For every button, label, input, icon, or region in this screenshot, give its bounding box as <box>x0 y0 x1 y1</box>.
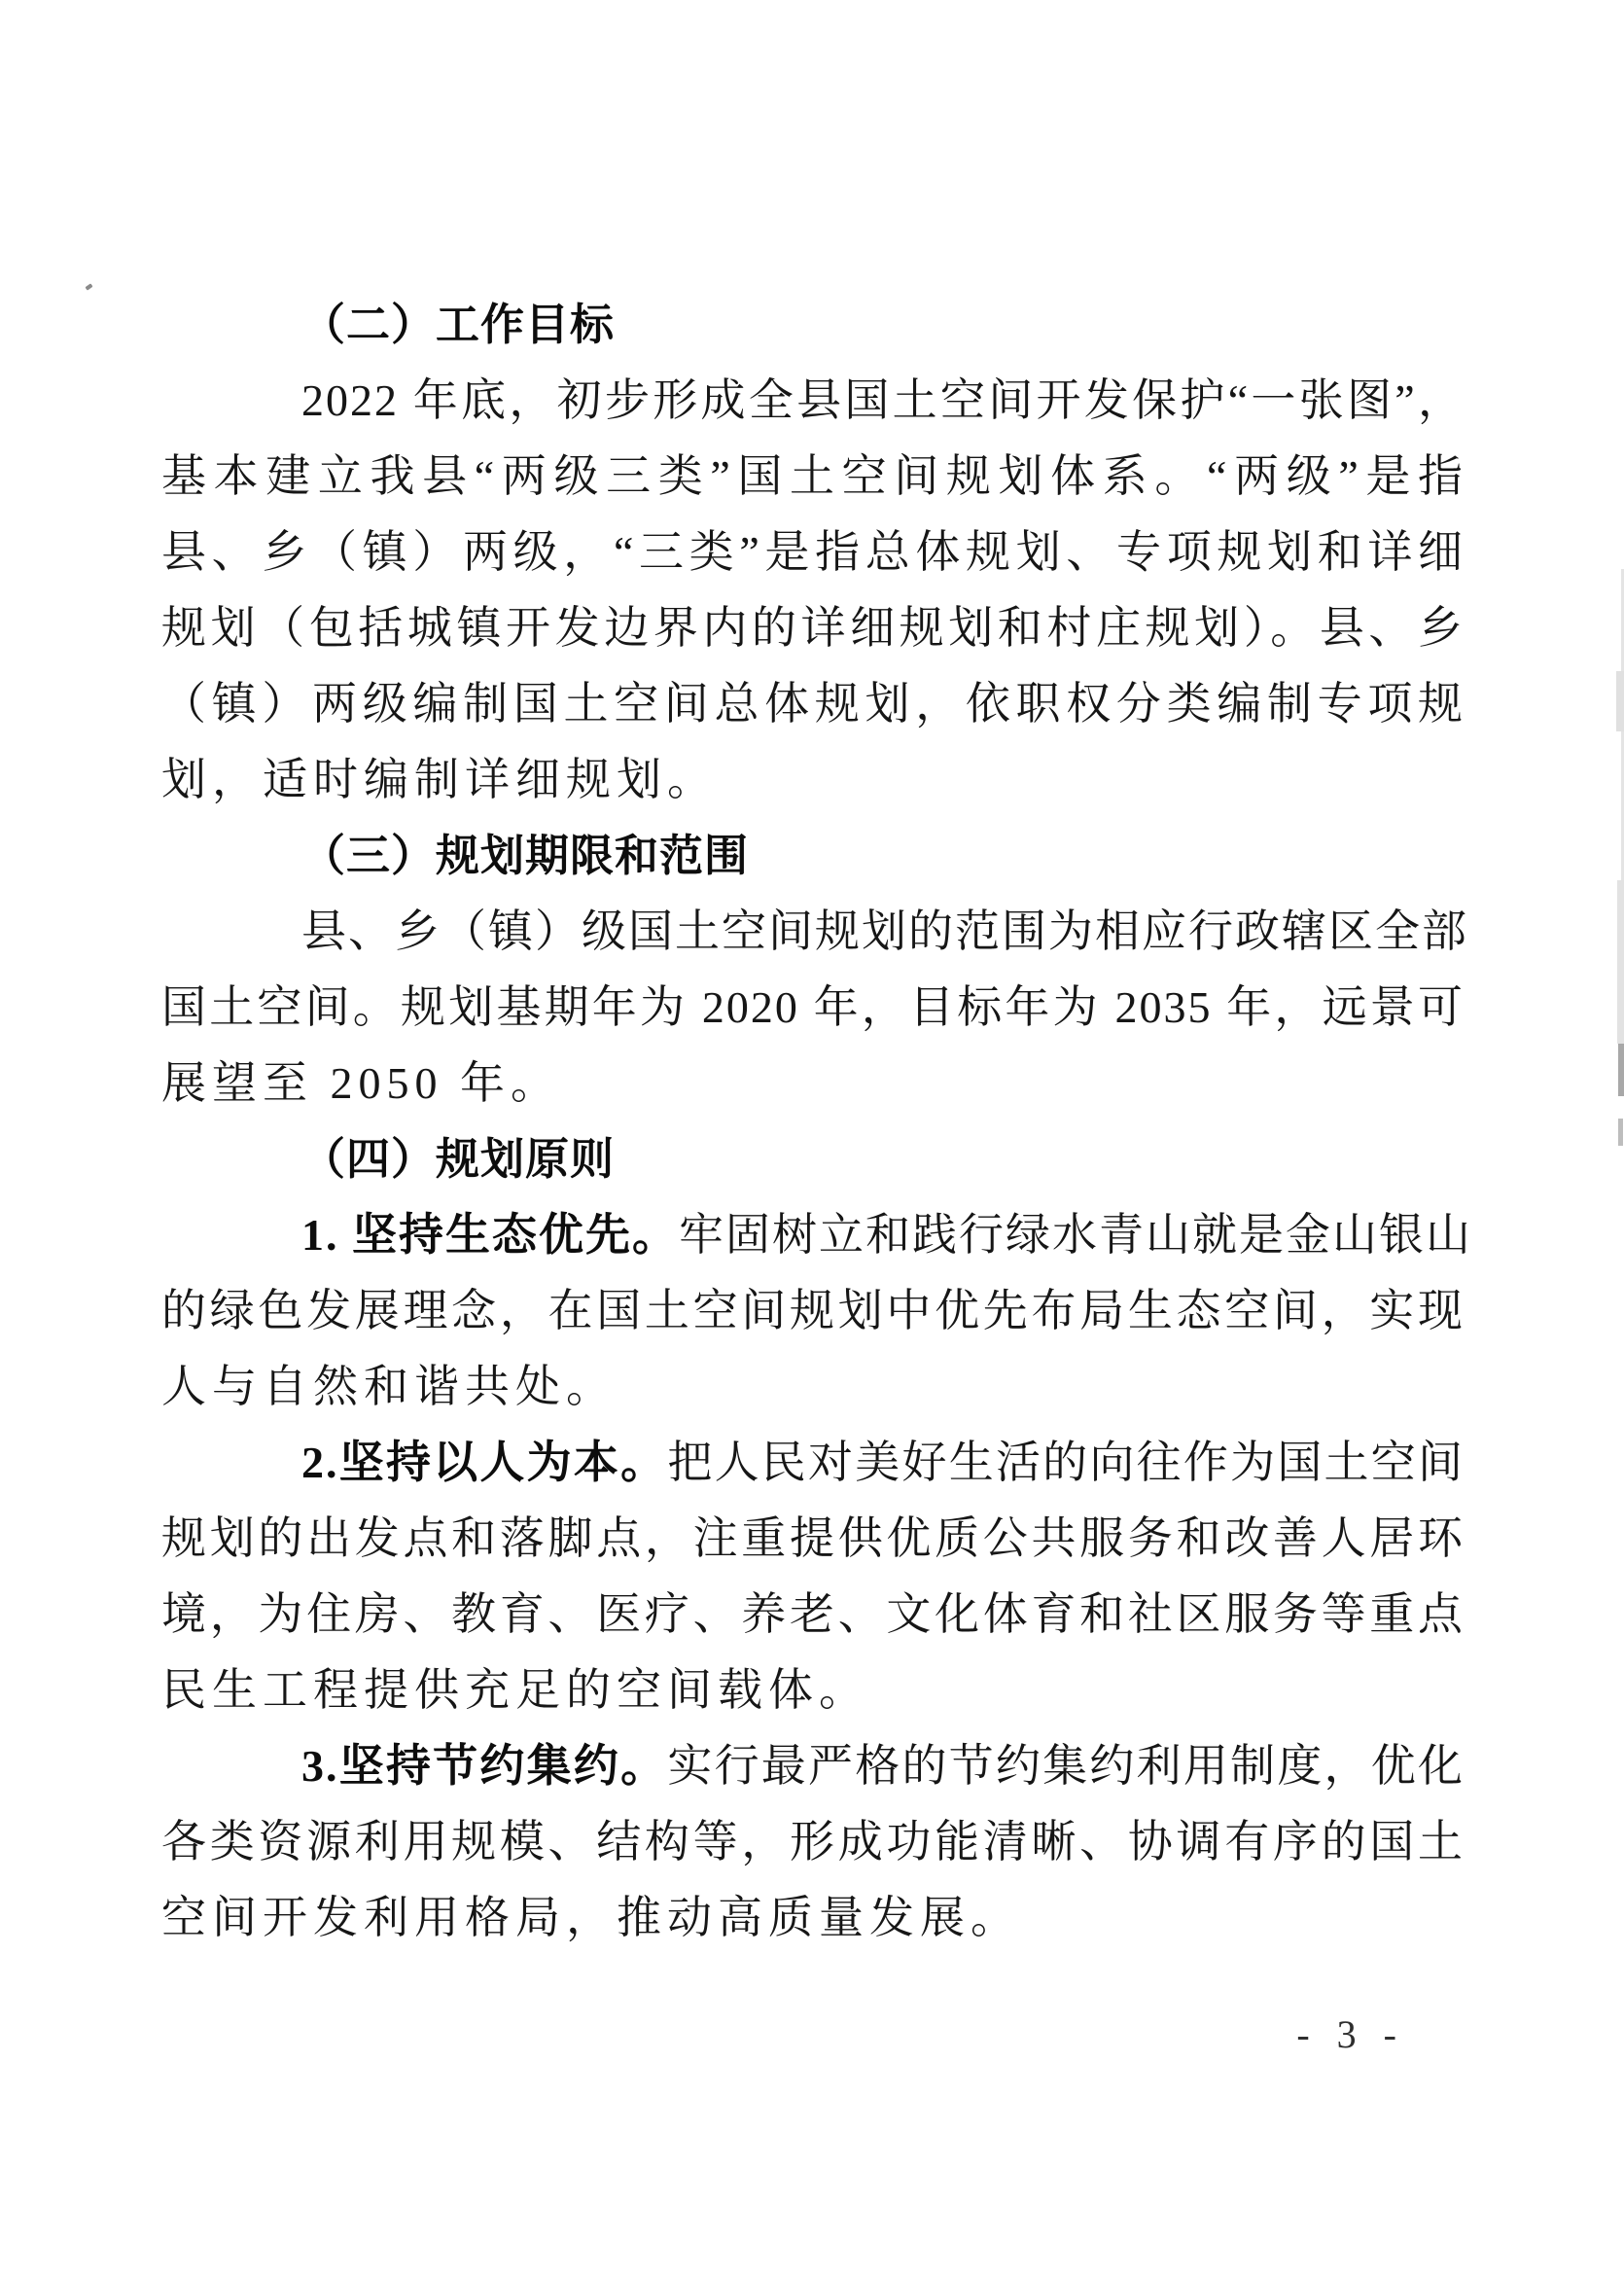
text-line: 国土空间。规划基期年为 2020 年，目标年为 2035 年，远景可 <box>161 970 1465 1046</box>
line-text: 的绿色发展理念，在国土空间规划中优先布局生态空间，实现 <box>161 1286 1465 1335</box>
scan-edge-artifact <box>1616 671 1624 731</box>
line-text: 规划（包括城镇开发边界内的详细规划和村庄规划）。县、乡 <box>161 603 1465 653</box>
text-line: 3.坚持节约集约。实行最严格的节约集约利用制度，优化 <box>161 1728 1465 1804</box>
section-heading: （四）规划原则 <box>161 1121 1465 1197</box>
line-text: 各类资源利用规模、结构等，形成功能清晰、协调有序的国土 <box>161 1817 1465 1866</box>
principle-lead: 2.坚持以人为本。 <box>301 1438 667 1487</box>
line-text: 空间开发利用格局，推动高质量发展。 <box>161 1893 1021 1942</box>
principle-lead: 1. 坚持生态优先。 <box>301 1210 679 1260</box>
text-line: 的绿色发展理念，在国土空间规划中优先布局生态空间，实现 <box>161 1273 1465 1349</box>
line-text: 把人民对美好生活的向往作为国土空间 <box>667 1438 1465 1487</box>
section-heading: （二）工作目标 <box>161 287 1465 363</box>
line-text: 牢固树立和践行绿水青山就是金山银山 <box>679 1210 1472 1260</box>
document-content: （二）工作目标2022 年底，初步形成全县国土空间开发保护“一张图”，基本建立我… <box>161 287 1465 1956</box>
principle-lead: 3.坚持节约集约。 <box>301 1741 667 1791</box>
text-line: 空间开发利用格局，推动高质量发展。 <box>161 1880 1465 1956</box>
line-text: 实行最严格的节约集约利用制度，优化 <box>667 1741 1465 1791</box>
line-text: 境，为住房、教育、医疗、养老、文化体育和社区服务等重点 <box>161 1589 1465 1639</box>
page-number: - 3 - <box>1296 2011 1405 2057</box>
line-text: 基本建立我县“两级三类”国土空间规划体系。“两级”是指 <box>161 451 1465 501</box>
text-line: 人与自然和谐共处。 <box>161 1349 1465 1425</box>
text-line: 2.坚持以人为本。把人民对美好生活的向往作为国土空间 <box>161 1425 1465 1501</box>
text-line: （镇）两级编制国土空间总体规划，依职权分类编制专项规 <box>161 666 1465 742</box>
scanned-document-page: （二）工作目标2022 年底，初步形成全县国土空间开发保护“一张图”，基本建立我… <box>0 0 1624 2275</box>
text-line: 县、乡（镇）级国土空间规划的范围为相应行政辖区全部 <box>161 894 1465 970</box>
text-line: 1. 坚持生态优先。牢固树立和践行绿水青山就是金山银山 <box>161 1197 1465 1273</box>
text-line: 规划（包括城镇开发边界内的详细规划和村庄规划）。县、乡 <box>161 590 1465 666</box>
line-text: 县、乡（镇）级国土空间规划的范围为相应行政辖区全部 <box>301 906 1468 956</box>
text-line: 2022 年底，初步形成全县国土空间开发保护“一张图”， <box>161 363 1465 439</box>
text-line: 境，为住房、教育、医疗、养老、文化体育和社区服务等重点 <box>161 1577 1465 1653</box>
line-text: 民生工程提供充足的空间载体。 <box>161 1665 869 1715</box>
scan-edge-artifact <box>1618 1119 1623 1146</box>
line-text: 划，适时编制详细规划。 <box>161 755 718 804</box>
line-text: 规划的出发点和落脚点，注重提供优质公共服务和改善人居环 <box>161 1513 1465 1563</box>
line-text: 展望至 2050 年。 <box>161 1058 561 1108</box>
scan-speck-artifact <box>85 283 92 290</box>
text-line: 民生工程提供充足的空间载体。 <box>161 1653 1465 1728</box>
line-text: 人与自然和谐共处。 <box>161 1362 617 1411</box>
text-line: 县、乡（镇）两级，“三类”是指总体规划、专项规划和详细 <box>161 515 1465 590</box>
text-line: 划，适时编制详细规划。 <box>161 742 1465 818</box>
line-text: （镇）两级编制国土空间总体规划，依职权分类编制专项规 <box>161 679 1465 729</box>
line-text: 2022 年底，初步形成全县国土空间开发保护“一张图”， <box>301 375 1465 425</box>
scan-edge-artifact <box>1617 880 1624 1044</box>
text-line: 展望至 2050 年。 <box>161 1046 1465 1121</box>
text-line: 各类资源利用规模、结构等，形成功能清晰、协调有序的国土 <box>161 1804 1465 1880</box>
text-line: 基本建立我县“两级三类”国土空间规划体系。“两级”是指 <box>161 439 1465 515</box>
text-line: 规划的出发点和落脚点，注重提供优质公共服务和改善人居环 <box>161 1501 1465 1577</box>
line-text: 国土空间。规划基期年为 2020 年，目标年为 2035 年，远景可 <box>161 982 1465 1032</box>
section-heading: （三）规划期限和范围 <box>161 818 1465 894</box>
scan-edge-artifact <box>1618 1044 1624 1096</box>
line-text: 县、乡（镇）两级，“三类”是指总体规划、专项规划和详细 <box>161 527 1465 577</box>
